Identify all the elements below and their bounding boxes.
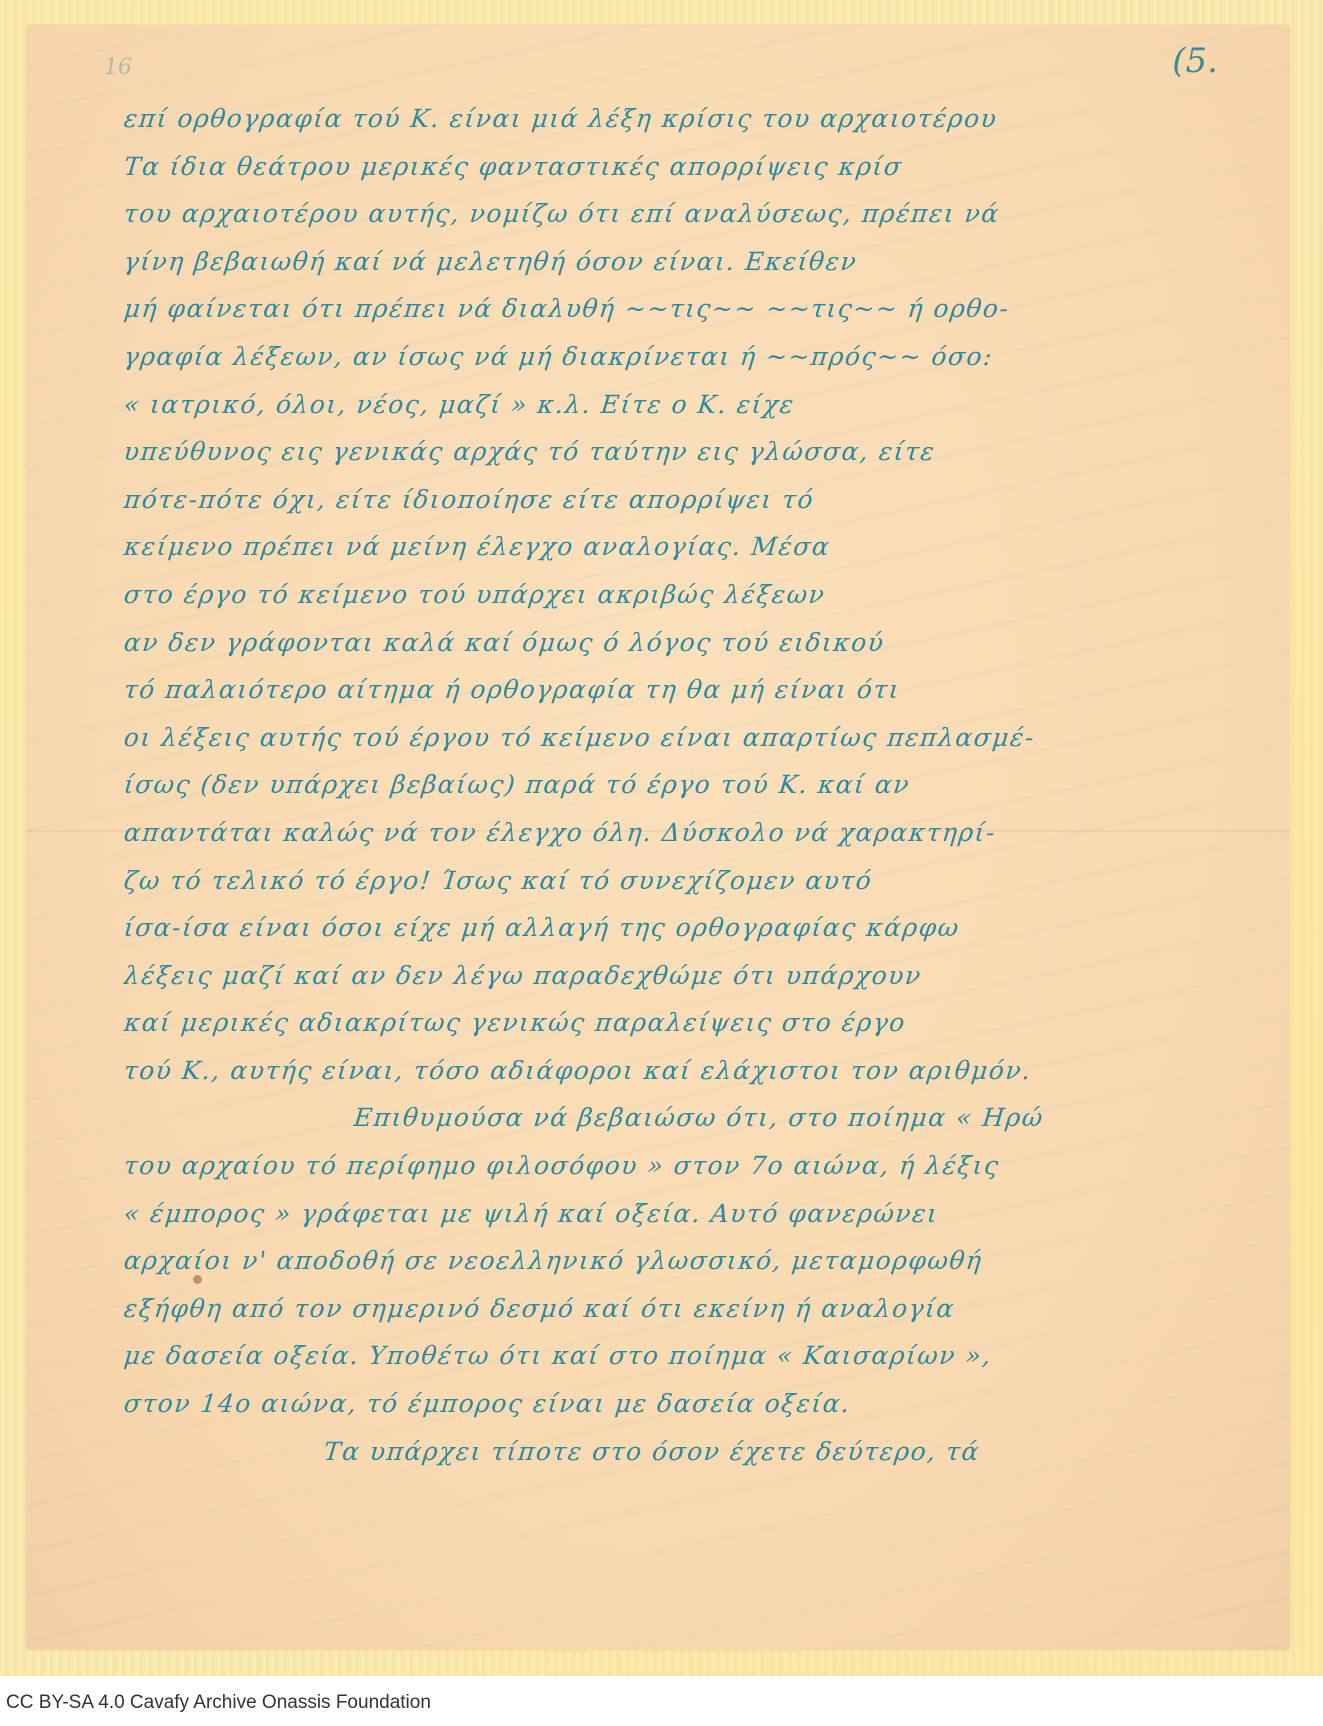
- text-line: υπεύθυνος εις γενικάς αρχάς τό ταύτην ει…: [121, 428, 1236, 476]
- text-line: ίσως (δεν υπάρχει βεβαίως) παρά τό έργο …: [121, 761, 1236, 809]
- text-line: με δασεία οξεία. Υποθέτω ότι καί στο ποί…: [121, 1332, 1236, 1380]
- text-line: απαντάται καλώς νά τον έλεγχο όλη. Δύσκο…: [121, 809, 1236, 857]
- text-line: « έμπορος » γράφεται με ψιλή καί οξεία. …: [121, 1190, 1236, 1238]
- text-line: γραφία λέξεων, αν ίσως νά μή διακρίνεται…: [121, 333, 1236, 381]
- text-line: « ιατρικό, όλοι, νέος, μαζί » κ.λ. Είτε …: [121, 381, 1236, 429]
- text-line: τό παλαιότερο αίτημα ή ορθογραφία τη θα …: [121, 666, 1236, 714]
- text-line: ίσα-ίσα είναι όσοι είχε μή αλλαγή της ορ…: [121, 904, 1236, 952]
- text-line: του αρχαίου τό περίφημο φιλοσόφου » στον…: [121, 1142, 1236, 1190]
- text-line: γίνη βεβαιωθή καί νά μελετηθή όσον είναι…: [121, 238, 1236, 286]
- text-line: αρχαίοι ν' αποδοθή σε νεοελληνικό γλωσσι…: [121, 1237, 1236, 1285]
- text-line-paragraph-start: Επιθυμούσα νά βεβαιώσω ότι, στο ποίημα «…: [121, 1094, 1236, 1142]
- text-line: στον 14ο αιώνα, τό έμπορος είναι με δασε…: [121, 1380, 1236, 1428]
- text-line: μή φαίνεται ότι πρέπει νά διαλυθή ~~τις~…: [121, 285, 1236, 333]
- text-line: Τα ίδια θεάτρου μερικές φανταστικές απορ…: [121, 143, 1236, 191]
- text-line: εξήφθη από τον σημερινό δεσμό καί ότι εκ…: [121, 1285, 1236, 1333]
- text-line: ζω τό τελικό τό έργο! Ίσως καί τό συνεχί…: [121, 857, 1236, 905]
- license-credit: CC BY-SA 4.0 Cavafy Archive Onassis Foun…: [6, 1692, 431, 1714]
- text-line: οι λέξεις αυτής τού έργου τό κείμενο είν…: [121, 714, 1236, 762]
- text-line: κείμενο πρέπει νά μείνη έλεγχο αναλογίας…: [121, 523, 1236, 571]
- text-line: καί μερικές αδιακρίτως γενικώς παραλείψε…: [121, 999, 1236, 1047]
- paper-stain: [193, 1275, 202, 1284]
- text-line: πότε-πότε όχι, είτε ίδιοποίησε είτε απορ…: [121, 476, 1236, 524]
- text-line-paragraph-start: Τα υπάρχει τίποτε στο όσον έχετε δεύτερο…: [121, 1428, 1236, 1476]
- handwritten-text-body: επί ορθογραφία τού Κ. είναι μιά λέξη κρί…: [124, 95, 1234, 1475]
- text-line: στο έργο τό κείμενο τού υπάρχει ακριβώς …: [121, 571, 1236, 619]
- text-line: αν δεν γράφονται καλά καί όμως ό λόγος τ…: [121, 619, 1236, 667]
- faded-corner-mark: 16: [104, 55, 132, 80]
- text-line: επί ορθογραφία τού Κ. είναι μιά λέξη κρί…: [121, 95, 1236, 143]
- text-line: τού Κ., αυτής είναι, τόσο αδιάφοροι καί …: [121, 1047, 1236, 1095]
- text-line: λέξεις μαζί καί αν δεν λέγω παραδεχθώμε …: [121, 952, 1236, 1000]
- text-line: του αρχαιοτέρου αυτής, νομίζω ότι επί αν…: [121, 190, 1236, 238]
- manuscript-sheet: 16 (5. επί ορθογραφία τού Κ. είναι μιά λ…: [26, 25, 1290, 1650]
- page-number: (5.: [1172, 41, 1218, 81]
